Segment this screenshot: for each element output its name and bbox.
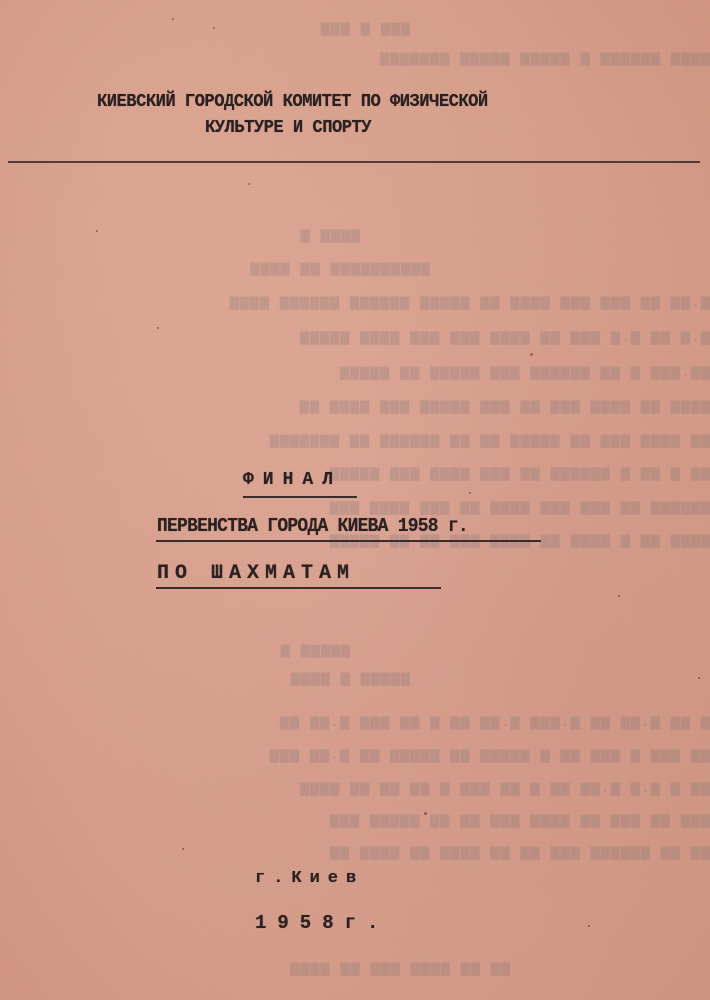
bleed-through-text: ▆▆ ▆▆ ▆▆▆▆ ▆▆▆ ▆▆ ▆▆▆▆ xyxy=(60,958,510,977)
paper-speck xyxy=(157,327,159,329)
paper-speck xyxy=(530,353,533,356)
bleed-through-text: ▆▆▆▆ ▆▆▆▆▆▆ ▆ ▆▆▆▆▆ ▆▆▆▆▆ ▆▆▆▆▆▆▆ xyxy=(0,48,710,67)
title-championship-underline xyxy=(156,540,541,542)
bleed-through-text: ▆▆▆ ▆▆ ▆▆▆ ▆▆ ▆▆▆▆ ▆▆▆ ▆▆ ▆▆ ▆▆▆▆▆ ▆▆▆ xyxy=(0,810,710,829)
paper-speck xyxy=(96,230,98,232)
paper-speck xyxy=(588,925,590,927)
paper-speck xyxy=(248,183,250,185)
footer-city: г.Киев xyxy=(255,869,364,888)
bleed-through-text: ▆▆ ▆▆▆ ▆ ▆▆▆ ▆▆ ▆ ▆▆▆▆▆ ▆▆ ▆▆▆▆▆ ▆▆ ▆.▆▆… xyxy=(0,745,710,764)
header-organization-line-2: КУЛЬТУРЕ И СПОРТУ xyxy=(205,117,371,138)
bleed-through-text: ▆.▆ ▆▆ ▆.▆ ▆▆▆ ▆▆ ▆▆▆▆ ▆▆▆ ▆▆▆ ▆▆▆▆ ▆▆▆▆… xyxy=(0,327,710,346)
bleed-through-text: ▆.▆▆ ▆▆ ▆▆▆ ▆▆▆ ▆▆▆▆ ▆▆ ▆▆▆▆▆ ▆▆▆▆▆▆ ▆▆▆… xyxy=(0,292,710,311)
bleed-through-text: ▆▆ ▆▆ ▆▆▆▆▆▆ ▆▆▆ ▆▆ ▆▆ ▆▆▆▆ ▆▆ ▆▆▆▆ ▆▆ xyxy=(0,842,710,861)
title-final: ФИНАЛ xyxy=(243,470,342,490)
bleed-through-text: ▆▆ ▆ ▆.▆ ▆.▆▆ ▆▆ ▆ ▆▆ ▆▆▆ ▆ ▆▆ ▆▆ ▆▆ ▆▆▆… xyxy=(0,778,710,797)
paper-speck xyxy=(698,677,700,679)
bleed-through-text: ▆▆▆ ▆ ▆▆▆ xyxy=(190,18,410,37)
title-final-underline xyxy=(243,496,357,498)
header-organization-line-1: КИЕВСКИЙ ГОРОДСКОЙ КОМИТЕТ ПО ФИЗИЧЕСКОЙ xyxy=(97,91,488,112)
paper-speck xyxy=(172,18,174,20)
title-chess-underline xyxy=(156,587,441,589)
bleed-through-text: ▆▆ ▆ ▆▆ ▆ ▆▆▆▆▆▆ ▆▆ ▆▆▆ ▆▆▆▆ ▆▆▆ ▆▆▆▆▆ xyxy=(0,463,710,482)
bleed-through-text: ▆▆▆▆ ▆▆ ▆▆▆▆ ▆▆▆ ▆▆ ▆▆▆ ▆▆▆▆▆ ▆▆▆ ▆▆▆▆ ▆… xyxy=(0,396,710,415)
paper-speck xyxy=(469,492,471,494)
footer-year: 1958г. xyxy=(255,912,389,934)
bleed-through-text: ▆▆▆▆▆ ▆ xyxy=(220,640,350,659)
header-divider xyxy=(8,161,700,163)
bleed-through-text: ▆▆▆▆▆▆ ▆▆ ▆▆▆ ▆▆▆ ▆▆▆▆ ▆▆ ▆▆▆ ▆▆▆▆ ▆▆▆ xyxy=(0,497,710,516)
bleed-through-text: ▆▆▆▆▆ ▆ ▆▆▆▆ xyxy=(180,668,410,687)
bleed-through-text: ▆▆▆▆▆▆▆▆▆▆ ▆▆ ▆▆▆▆ xyxy=(150,258,430,277)
bleed-through-text: ▆▆.▆▆▆ ▆ ▆▆ ▆▆▆▆▆▆ ▆▆▆ ▆▆▆▆▆ ▆▆ ▆▆▆▆▆ xyxy=(0,362,710,381)
bleed-through-text: ▆ ▆▆ ▆.▆▆ ▆▆ ▆.▆▆▆ ▆.▆▆ ▆▆ ▆ ▆▆ ▆▆▆ ▆.▆▆… xyxy=(0,712,710,731)
title-championship: ПЕРВЕНСТВА ГОРОДА КИЕВА 1958 г. xyxy=(157,515,468,537)
paper-speck xyxy=(213,27,215,29)
title-chess: ПО ШАХМАТАМ xyxy=(157,562,355,585)
paper-speck xyxy=(424,812,427,815)
bleed-through-text: ▆▆▆▆ ▆ xyxy=(230,225,360,244)
paper-speck xyxy=(618,595,620,597)
bleed-through-text: ▆▆ ▆▆▆▆ ▆▆▆ ▆▆ ▆▆▆▆▆ ▆▆ ▆▆ ▆▆▆▆▆▆ ▆▆ ▆▆▆… xyxy=(0,430,710,449)
paper-speck xyxy=(182,848,184,850)
